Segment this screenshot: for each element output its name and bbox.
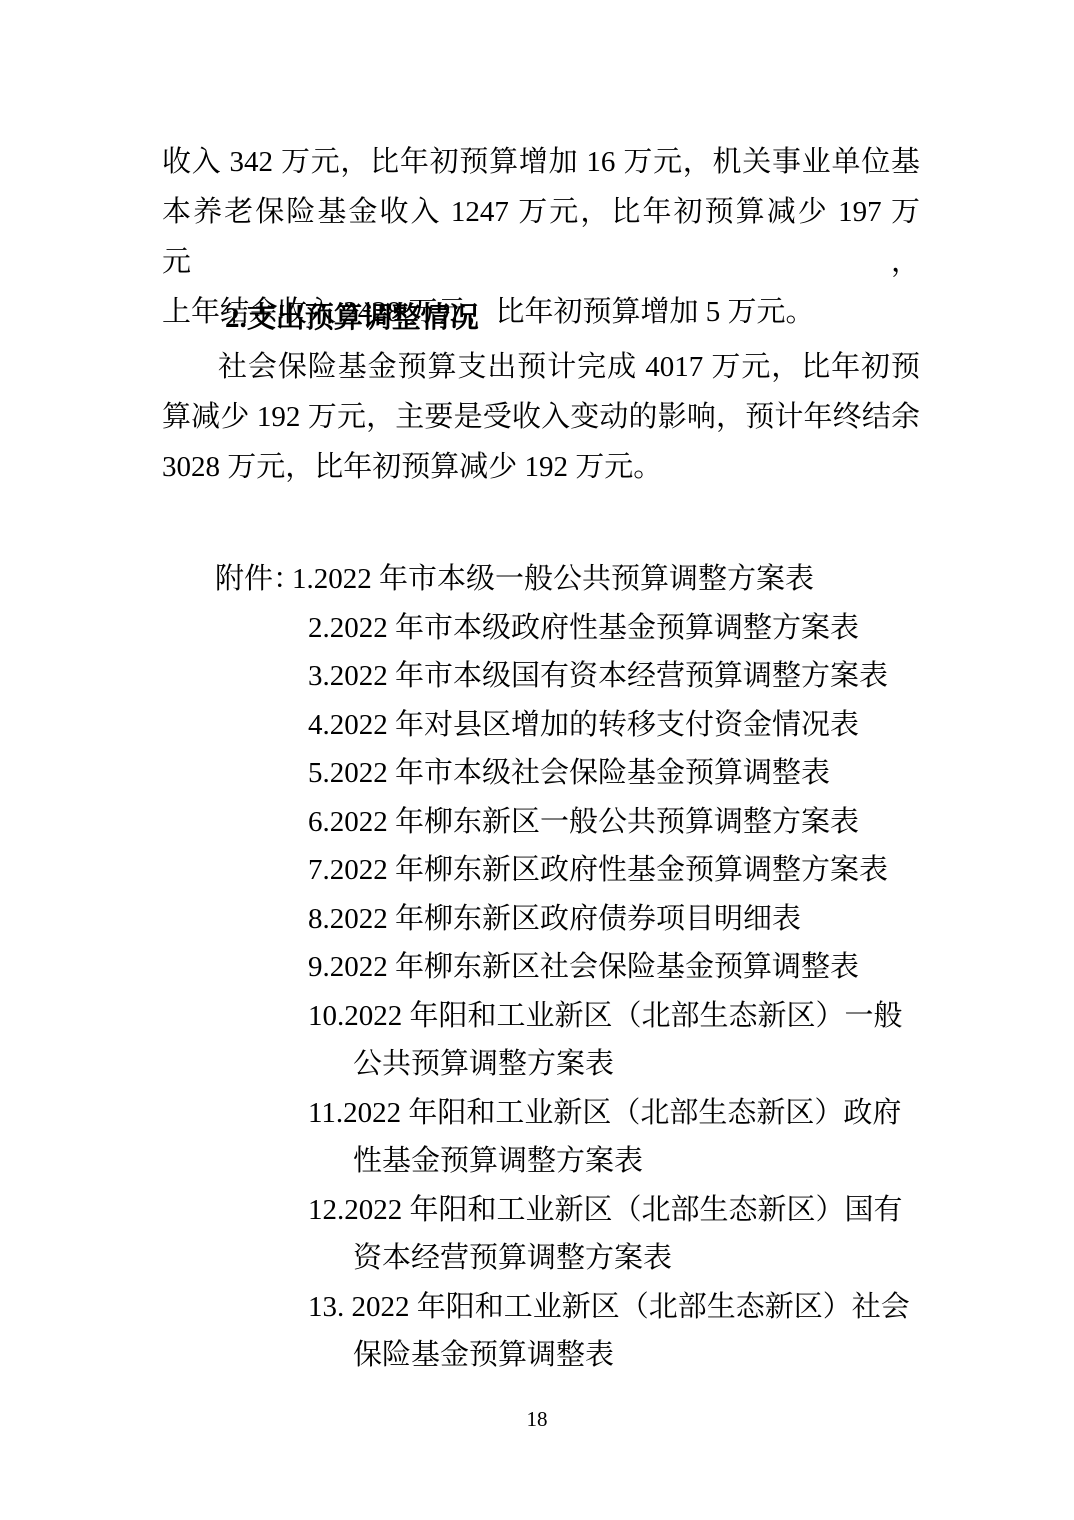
attachment-item-continuation: 保险基金预算调整表	[162, 1331, 920, 1380]
attachment-item: 4.2022 年对县区增加的转移支付资金情况表	[162, 701, 920, 750]
attachment-item: 8.2022 年柳东新区政府债券项目明细表	[162, 895, 920, 944]
attachment-item: 3.2022 年市本级国有资本经营预算调整方案表	[162, 652, 920, 701]
attachment-item: 10.2022 年阳和工业新区（北部生态新区）一般	[162, 992, 920, 1041]
attachment-item: 13. 2022 年阳和工业新区（北部生态新区）社会	[162, 1283, 920, 1332]
text-line: 本养老保险基金收入 1247 万元，比年初预算减少 197 万元，	[162, 187, 920, 287]
attachment-item: 12.2022 年阳和工业新区（北部生态新区）国有	[162, 1186, 920, 1235]
paragraph-expenditure: 社会保险基金预算支出预计完成 4017 万元，比年初预 算减少 192 万元，主…	[162, 342, 920, 492]
attachment-item: 附件： 1.2022 年市本级一般公共预算调整方案表	[162, 555, 920, 604]
text-line: 算减少 192 万元，主要是受收入变动的影响，预计年终结余	[162, 392, 920, 442]
text-line: 3028 万元，比年初预算减少 192 万元。	[162, 442, 920, 492]
attachment-item: 2.2022 年市本级政府性基金预算调整方案表	[162, 604, 920, 653]
attachments-list: 附件： 1.2022 年市本级一般公共预算调整方案表 2.2022 年市本级政府…	[162, 555, 920, 1380]
attachment-item: 6.2022 年柳东新区一般公共预算调整方案表	[162, 798, 920, 847]
attachment-item-continuation: 性基金预算调整方案表	[162, 1137, 920, 1186]
attachment-item-continuation: 资本经营预算调整方案表	[162, 1234, 920, 1283]
text-line: 收入 342 万元，比年初预算增加 16 万元，机关事业单位基	[162, 137, 920, 187]
document-page: 收入 342 万元，比年初预算增加 16 万元，机关事业单位基 本养老保险基金收…	[0, 0, 1074, 1520]
attachment-item: 11.2022 年阳和工业新区（北部生态新区）政府	[162, 1089, 920, 1138]
attachments-label: 附件：	[215, 555, 302, 604]
attachment-item: 5.2022 年市本级社会保险基金预算调整表	[162, 749, 920, 798]
attachment-item: 7.2022 年柳东新区政府性基金预算调整方案表	[162, 846, 920, 895]
page-number: 18	[0, 1406, 1074, 1432]
text-line: 社会保险基金预算支出预计完成 4017 万元，比年初预	[162, 342, 920, 392]
section-heading: 2.支出预算调整情况	[162, 293, 920, 343]
attachment-item: 9.2022 年柳东新区社会保险基金预算调整表	[162, 943, 920, 992]
attachment-item-continuation: 公共预算调整方案表	[162, 1040, 920, 1089]
